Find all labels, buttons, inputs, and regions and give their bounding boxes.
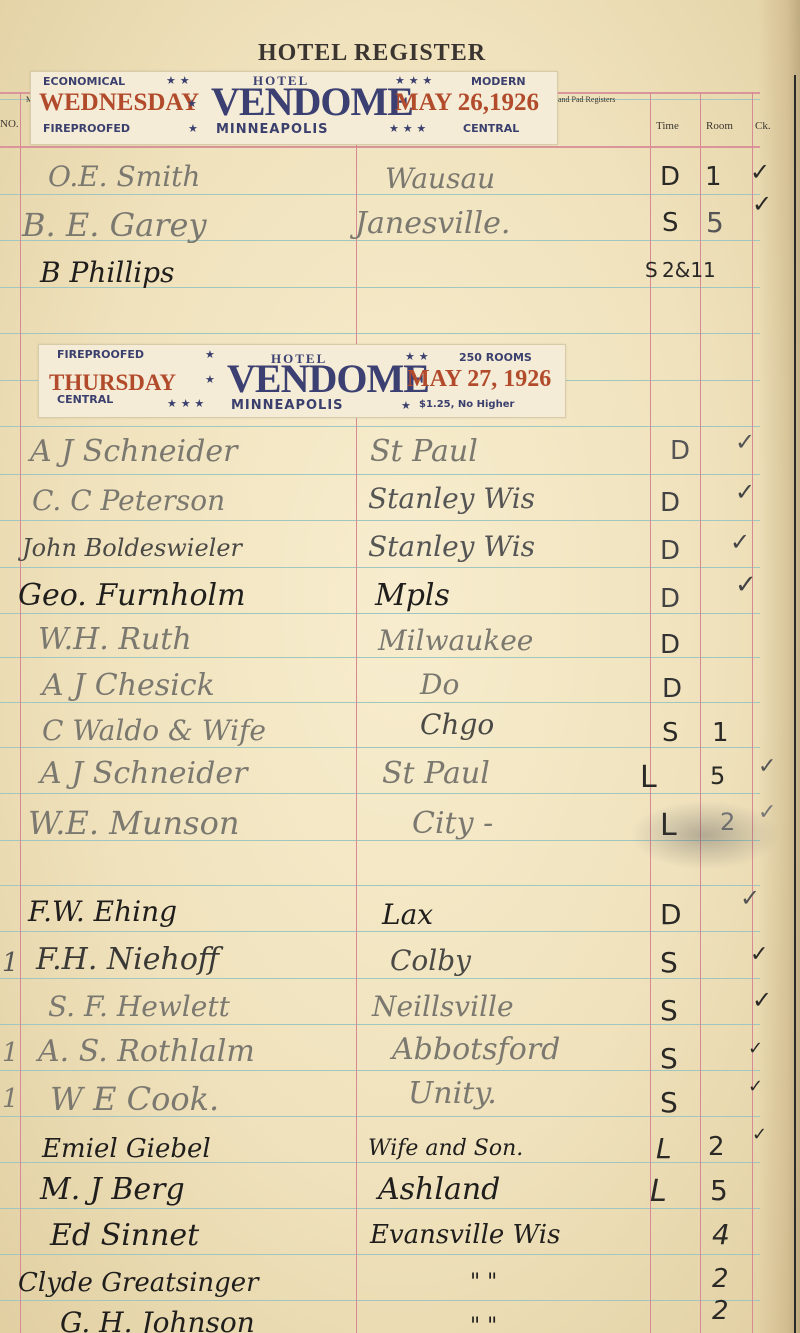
ruled-line — [0, 474, 760, 475]
ruled-line — [0, 333, 760, 334]
guest-residence: City - — [412, 806, 493, 841]
stamp-label-rooms: 250 ROOMS — [459, 351, 532, 364]
star-icon: ★ — [187, 97, 197, 110]
guest-time: D — [660, 630, 680, 660]
guest-name: M. J Berg — [40, 1172, 185, 1207]
guest-name: A J Schneider — [40, 756, 247, 791]
guest-name: W.E. Munson — [28, 804, 239, 842]
stamp-city: MINNEAPOLIS — [216, 122, 329, 137]
guest-time: S — [645, 258, 658, 282]
date-stamp-may26: ECONOMICAL ★ ★ WEDNESDAY ★ FIREPROOFED ★… — [30, 71, 558, 145]
margin-count: 1 — [2, 1084, 19, 1114]
guest-residence: Milwaukee — [378, 624, 533, 657]
ruled-line — [0, 567, 760, 568]
star-icon: ★ — [188, 122, 198, 135]
guest-name: G. H. Johnson — [60, 1306, 255, 1333]
guest-residence: Stanley Wis — [368, 530, 535, 563]
guest-time: D — [660, 162, 680, 192]
guest-residence: Ashland — [378, 1172, 500, 1207]
ruled-line — [0, 885, 760, 886]
stamp-label-modern: MODERN — [471, 75, 526, 88]
guest-time: S — [660, 1042, 678, 1075]
checkmark-icon: ✓ — [735, 478, 755, 506]
star-icon: ★ — [401, 399, 411, 412]
guest-residence: Wausau — [385, 162, 495, 195]
guest-name: Geo. Furnholm — [18, 578, 246, 613]
guest-residence: St Paul — [382, 756, 490, 791]
guest-name: C. C Peterson — [32, 484, 225, 517]
guest-residence: Abbotsford — [392, 1032, 560, 1067]
star-icon: ★ ★ — [166, 74, 190, 87]
star-icon: ★ ★ ★ — [167, 397, 204, 410]
guest-name: W.H. Ruth — [38, 622, 192, 657]
stamp-label-central: CENTRAL — [463, 122, 519, 135]
checkmark-icon: ✓ — [750, 158, 770, 186]
checkmark-icon: ✓ — [748, 1076, 763, 1097]
guest-time: L — [640, 760, 657, 795]
stamp-label-fireproofed: FIREPROOFED — [43, 122, 130, 135]
guest-name: O.E. Smith — [48, 160, 200, 193]
margin-count: 1 — [2, 948, 19, 978]
guest-name: F.W. Ehing — [28, 895, 177, 928]
stamp-label-economical: ECONOMICAL — [43, 75, 125, 88]
guest-time: S — [662, 208, 679, 238]
ruled-line — [0, 1024, 760, 1025]
ruled-line — [0, 1070, 760, 1071]
guest-time: S — [660, 946, 678, 979]
guest-residence: Stanley Wis — [368, 482, 535, 515]
ruled-line — [0, 194, 760, 195]
header-time: Time — [656, 120, 679, 132]
guest-room: 5 — [706, 206, 724, 239]
guest-name: Emiel Giebel — [42, 1134, 211, 1164]
column-line-residence — [356, 92, 357, 1333]
checkmark-icon: ✓ — [752, 1124, 767, 1145]
header-ck: Ck. — [755, 120, 771, 132]
star-icon: ★ ★ ★ — [389, 122, 426, 135]
guest-time: D — [670, 436, 690, 466]
stamp-hotel-name: VENDOME — [211, 78, 413, 125]
guest-time: D — [660, 898, 682, 931]
register-page: HOTEL REGISTER NO. M and Pad Registers T… — [0, 0, 800, 1333]
ruled-line — [0, 1254, 760, 1255]
guest-room: 2 — [708, 1132, 725, 1162]
guest-time: L — [656, 1132, 672, 1165]
guest-name: S. F. Hewlett — [48, 990, 230, 1023]
guest-name: W E Cook. — [50, 1080, 219, 1118]
ink-smudge — [630, 800, 780, 870]
stamp-label-fireproofed: FIREPROOFED — [57, 348, 144, 361]
stamp-city: MINNEAPOLIS — [231, 398, 344, 413]
checkmark-icon: ✓ — [752, 986, 772, 1014]
checkmark-icon: ✓ — [735, 428, 755, 456]
guest-residence: Colby — [390, 944, 471, 977]
guest-name: A J Schneider — [30, 434, 237, 469]
stamp-label-rate: $1.25, No Higher — [419, 399, 514, 410]
star-icon: ★ — [205, 348, 215, 361]
guest-name: F.H. Niehoff — [36, 942, 219, 977]
guest-residence: Evansville Wis — [370, 1220, 560, 1250]
column-line-ck — [752, 92, 753, 1333]
checkmark-icon: ✓ — [750, 942, 768, 967]
checkmark-icon: ✓ — [752, 190, 772, 218]
guest-residence: Lax — [382, 898, 433, 931]
guest-room: 2&11 — [662, 258, 716, 282]
checkmark-icon: ✓ — [735, 570, 757, 600]
ruled-line — [0, 426, 760, 427]
guest-residence: " " — [470, 1314, 497, 1333]
guest-time: S — [660, 994, 678, 1027]
guest-room: 2 — [712, 1296, 729, 1326]
stamp-label-central: CENTRAL — [57, 393, 113, 406]
ruled-line — [0, 1208, 760, 1209]
guest-name: C Waldo & Wife — [42, 714, 266, 747]
ruled-line — [0, 1300, 760, 1301]
date-stamp-may27: FIREPROOFED ★ THURSDAY ★ CENTRAL ★ ★ ★ H… — [38, 344, 566, 418]
guest-time: D — [660, 584, 680, 614]
ruled-line — [0, 613, 760, 614]
ruled-line — [0, 978, 760, 979]
guest-time: D — [662, 674, 682, 704]
guest-name: A. S. Rothlalm — [38, 1034, 255, 1069]
guest-time: D — [660, 488, 680, 518]
guest-room: 1 — [712, 718, 729, 748]
checkmark-icon: ✓ — [748, 1038, 763, 1059]
column-line-no — [20, 92, 21, 1333]
guest-time: L — [650, 1174, 667, 1209]
checkmark-icon: ✓ — [758, 754, 776, 779]
guest-time: D — [660, 536, 680, 566]
guest-residence: Mpls — [375, 578, 450, 613]
guest-room: 4 — [712, 1218, 730, 1251]
guest-name: B Phillips — [40, 256, 174, 289]
header-no: NO. — [0, 118, 19, 130]
guest-name: Clyde Greatsinger — [18, 1268, 259, 1298]
guest-room: 1 — [705, 162, 722, 192]
guest-residence: St Paul — [370, 434, 478, 469]
ruled-line — [0, 657, 760, 658]
guest-room: 5 — [710, 1174, 728, 1207]
guest-residence: " " — [470, 1270, 497, 1295]
ruled-line — [0, 747, 760, 748]
book-binding-edge — [794, 75, 796, 1333]
header-room: Room — [706, 120, 733, 132]
stamp-date: MAY 26,1926 — [395, 89, 539, 117]
guest-name: B. E. Garey — [22, 206, 207, 244]
page-title: HOTEL REGISTER — [0, 40, 744, 67]
checkmark-icon: ✓ — [740, 884, 760, 912]
ruled-line — [0, 931, 760, 932]
guest-residence: Neillsville — [372, 990, 514, 1023]
guest-name: John Boldeswieler — [22, 534, 242, 562]
guest-time: S — [662, 718, 679, 748]
guest-residence: Unity. — [408, 1076, 497, 1111]
guest-residence: Chgo — [420, 708, 494, 741]
guest-room: 5 — [710, 762, 725, 790]
header-rule-bottom — [0, 146, 760, 148]
guest-time: S — [660, 1086, 678, 1119]
guest-name: A J Chesick — [42, 668, 215, 703]
margin-count: 1 — [2, 1038, 19, 1068]
guest-residence: Do — [420, 668, 459, 701]
guest-name: Ed Sinnet — [50, 1218, 199, 1253]
ruled-line — [0, 520, 760, 521]
checkmark-icon: ✓ — [730, 528, 750, 556]
star-icon: ★ — [205, 373, 215, 386]
stamp-date: MAY 27, 1926 — [407, 366, 551, 393]
guest-residence: Wife and Son. — [368, 1136, 523, 1161]
header-publisher-note: and Pad Registers — [558, 95, 615, 104]
guest-room: 2 — [712, 1264, 729, 1294]
guest-residence: Janesville. — [355, 206, 510, 241]
stamp-day: WEDNESDAY — [39, 89, 199, 117]
stamp-hotel-name: VENDOME — [227, 355, 429, 402]
star-icon: ★ ★ — [405, 350, 429, 363]
star-icon: ★ ★ ★ — [395, 74, 432, 87]
